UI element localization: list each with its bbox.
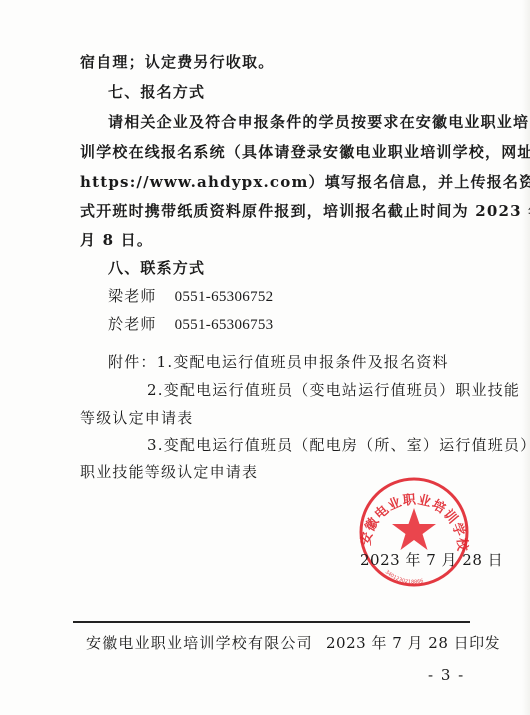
attachment-item-1: 附件：1.变配电运行值班员申报条件及报名资料 [108,352,449,372]
section7-heading: 七、报名方式 [108,82,205,102]
attachment-item-2-line1: 2.变配电运行值班员（变电站运行值班员）职业技能 [147,380,520,400]
continuation-line: 宿自理；认定费另行收取。 [80,52,274,72]
signature-date: 2023 年 7 月 28 日 [360,550,503,570]
section8-heading: 八、联系方式 [108,258,205,278]
contact-row: 梁老师 0551-65306752 [108,286,273,307]
contact-phone: 0551-65306752 [175,289,274,305]
attachment-item-2-line2: 等级认定申请表 [80,408,193,428]
section7-para-line-3: https://www.ahdypx.com）填写报名信息，并上传报名资料，待正 [80,172,530,192]
attachment-item-3-line1: 3.变配电运行值班员（配电房（所、室）运行值班员） [147,435,530,455]
footer-issue-date: 2023 年 7 月 28 日印发 [326,633,500,653]
contact-row: 於老师 0551-65306753 [108,314,273,335]
contact-name: 於老师 [108,315,157,333]
official-seal-stamp: 安徽电业职业培训学校有限公司 3401230218866 [350,474,476,592]
svg-text:3401230218866: 3401230218866 [384,569,424,585]
page-number: - 3 - [428,665,465,685]
attachments-label: 附件： [108,353,157,371]
attachment-item-3-line2: 职业技能等级认定申请表 [80,462,258,482]
section7-para-line-2: 训学校在线报名系统（具体请登录安徽电业职业培训学校，网址： [80,142,530,162]
section7-para-line-5: 月 8 日。 [80,230,153,250]
footer-divider [73,621,470,623]
section7-para-line-4: 式开班时携带纸质资料原件报到，培训报名截止时间为 2023 年 8 [80,201,530,221]
star-icon [392,508,436,550]
contact-phone: 0551-65306753 [175,317,274,333]
section7-para-line-1: 请相关企业及符合申报条件的学员按要求在安徽电业职业培 [108,112,529,132]
page-edge-shadow [522,0,530,715]
footer-issuer: 安徽电业职业培训学校有限公司 [86,633,313,653]
contact-name: 梁老师 [108,287,157,305]
